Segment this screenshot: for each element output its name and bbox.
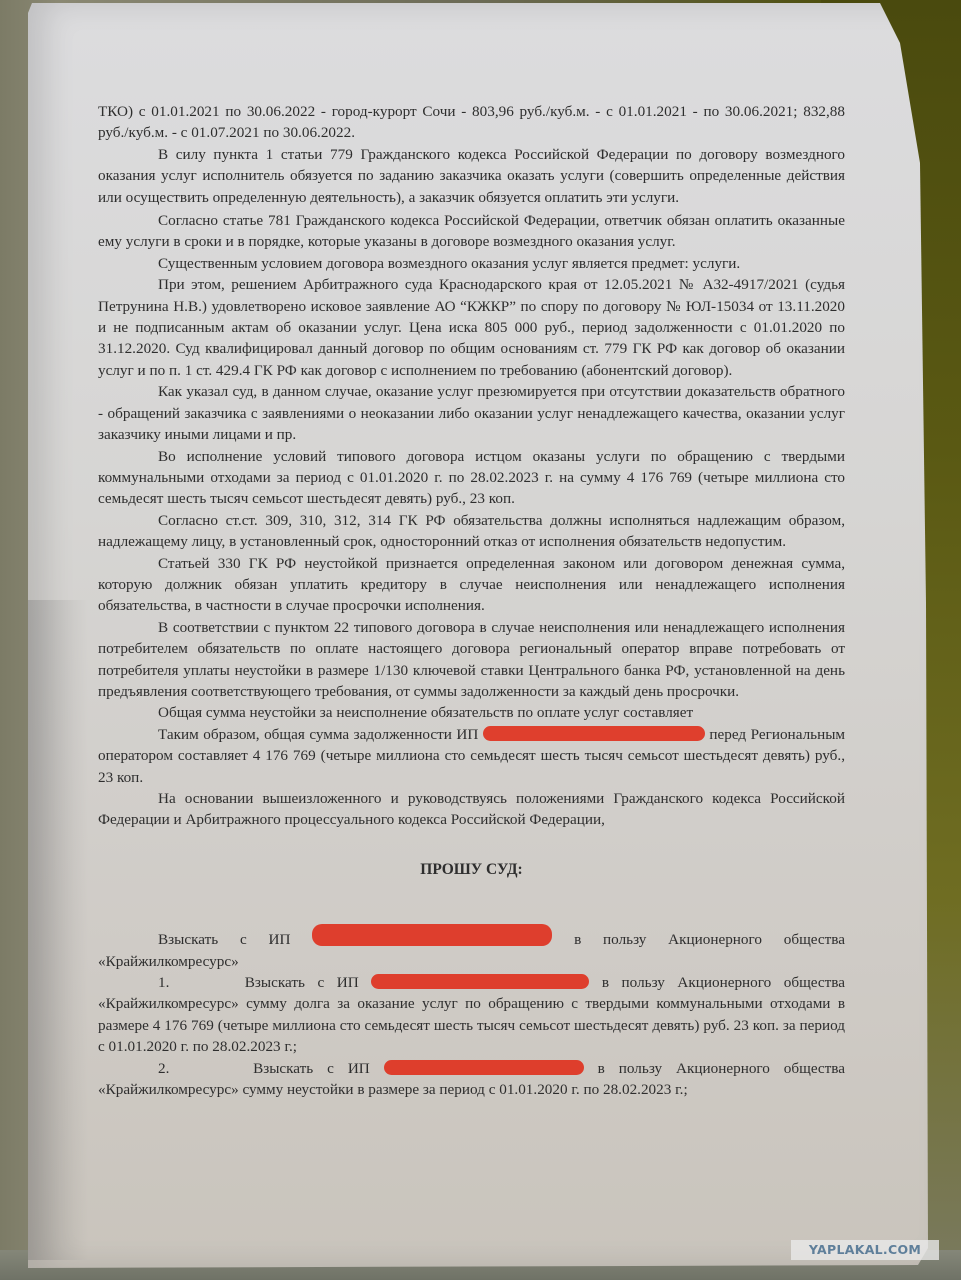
paragraph-essential-condition: Существенным условием договора возмездно… <box>98 253 845 274</box>
paragraph-tariff: ТКО) с 01.01.2021 по 30.06.2022 - город-… <box>98 101 845 144</box>
document-body: ТКО) с 01.01.2021 по 30.06.2022 - город-… <box>98 101 845 1100</box>
request-intro-before: Взыскать с ИП <box>158 931 290 948</box>
request-number: 2. <box>158 1060 169 1077</box>
paragraph-article-330: Статьей 330 ГК РФ неустойкой признается … <box>98 553 845 617</box>
request-item-2: 2. Взыскать с ИП в пользу Акционерного о… <box>98 1058 845 1101</box>
total-debt-text-before: Таким образом, общая сумма задолженности… <box>158 726 478 743</box>
request-heading: ПРОШУ СУД: <box>98 859 845 880</box>
request-item-1: 1. Взыскать с ИП в пользу Акционерного о… <box>98 972 845 1058</box>
redaction-mark <box>483 726 705 741</box>
paragraph-article-779: В силу пункта 1 статьи 779 Гражданского … <box>98 144 845 208</box>
redaction-mark <box>384 1060 584 1075</box>
paragraph-article-781: Согласно статье 781 Гражданского кодекса… <box>98 210 845 253</box>
watermark: YAPLAKAL.COM <box>791 1240 939 1260</box>
request-text-before: Взыскать с ИП <box>245 974 359 991</box>
paragraph-clause-22: В соответствии с пунктом 22 типового дог… <box>98 617 845 703</box>
request-number: 1. <box>158 974 169 991</box>
paragraph-total-debt: Таким образом, общая сумма задолженности… <box>98 724 845 788</box>
request-intro: Взыскать с ИП в пользу Акционерного обще… <box>98 924 845 972</box>
paragraph-services-rendered: Во исполнение условий типового договора … <box>98 446 845 510</box>
paragraph-court-decision: При этом, решением Арбитражного суда Кра… <box>98 274 845 381</box>
redaction-mark <box>312 924 552 946</box>
paragraph-basis: На основании вышеизложенного и руководст… <box>98 788 845 831</box>
paragraph-presumption: Как указал суд, в данном случае, оказани… <box>98 381 845 445</box>
paragraph-obligations: Согласно ст.ст. 309, 310, 312, 314 ГК РФ… <box>98 510 845 553</box>
request-text-before: Взыскать с ИП <box>253 1060 370 1077</box>
redaction-mark <box>371 974 589 989</box>
paragraph-penalty-total: Общая сумма неустойки за неисполнение об… <box>98 702 845 723</box>
